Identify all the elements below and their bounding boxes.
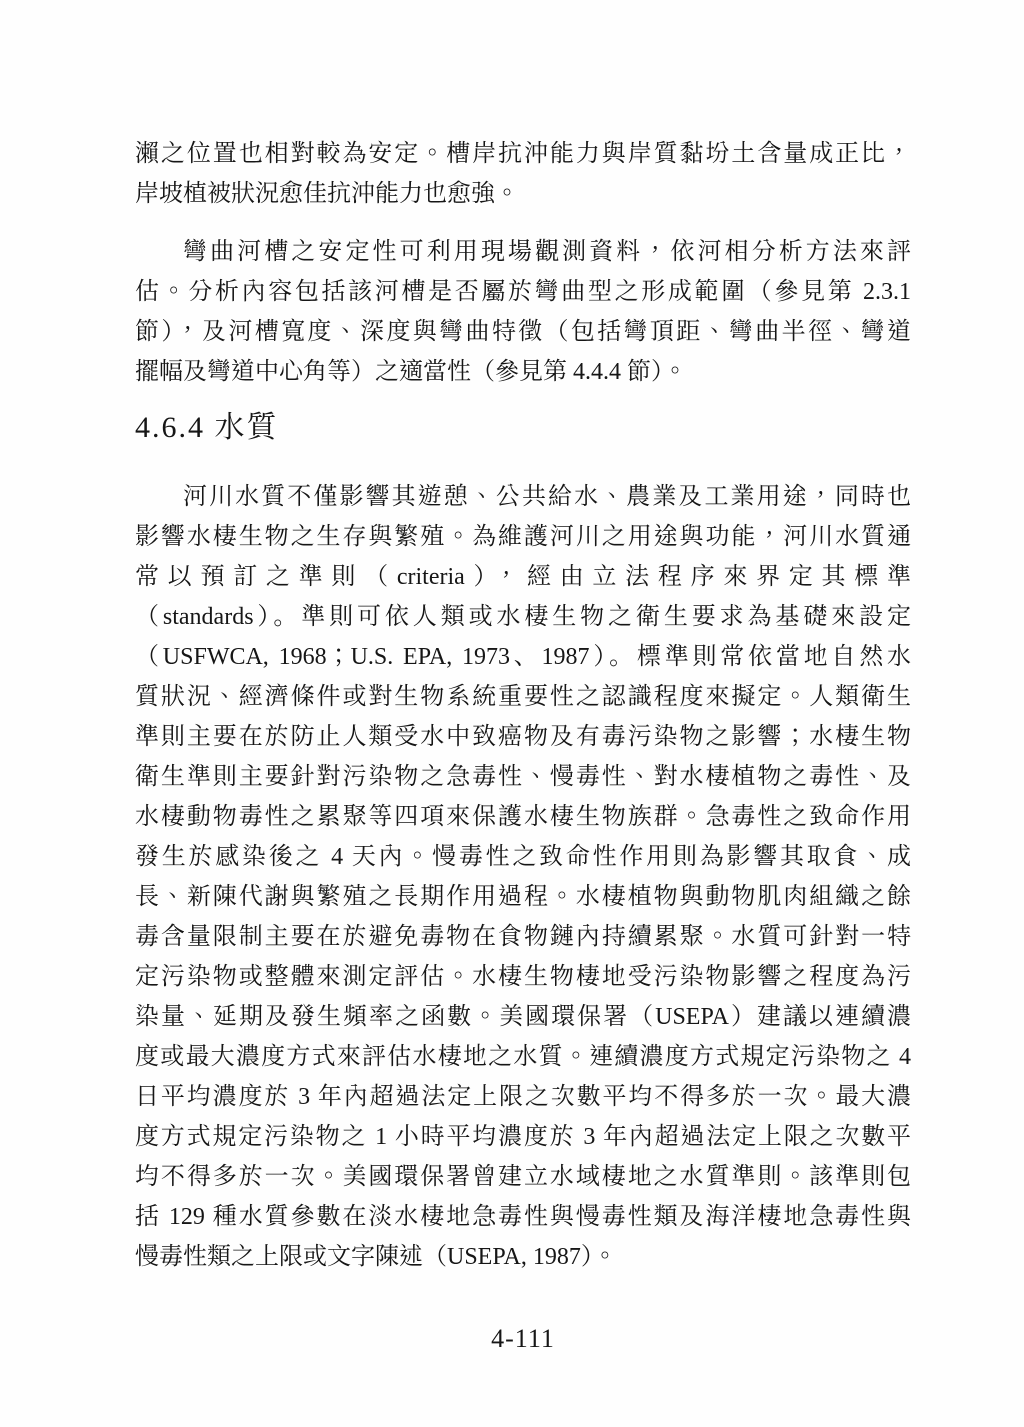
text-line: 括 129 種水質參數在淡水棲地急毒性與慢毒性類及海洋棲地急毒性與 [135, 1197, 911, 1237]
text-line: （USFWCA, 1968；U.S. EPA, 1973、1987）。標準則常依… [135, 637, 911, 677]
text-line: 度或最大濃度方式來評估水棲地之水質。連續濃度方式規定污染物之 4 [135, 1037, 911, 1077]
paragraph: 彎曲河槽之安定性可利用現場觀測資料，依河相分析方法來評估。分析內容包括該河槽是否… [135, 232, 911, 392]
text-line: 均不得多於一次。美國環保署曾建立水域棲地之水質準則。該準則包 [135, 1157, 911, 1197]
section-heading: 4.6.4 水質 [135, 406, 911, 450]
text-block: 瀨之位置也相對較為安定。槽岸抗沖能力與岸質黏坋土含量成正比，岸坡植被狀況愈佳抗沖… [135, 134, 911, 1277]
text-line: 水棲動物毒性之累聚等四項來保護水棲生物族群。急毒性之致命作用 [135, 797, 911, 837]
text-line: 日平均濃度於 3 年內超過法定上限之次數平均不得多於一次。最大濃 [135, 1077, 911, 1117]
paragraph: 河川水質不僅影響其遊憩、公共給水、農業及工業用途，同時也影響水棲生物之生存與繁殖… [135, 477, 911, 1277]
text-line: 河川水質不僅影響其遊憩、公共給水、農業及工業用途，同時也 [135, 477, 911, 517]
text-line: 瀨之位置也相對較為安定。槽岸抗沖能力與岸質黏坋土含量成正比， [135, 134, 911, 174]
text-line: 慢毒性類之上限或文字陳述（USEPA, 1987）。 [135, 1237, 911, 1277]
page-number: 4-111 [135, 1322, 911, 1356]
text-line: 準則主要在於防止人類受水中致癌物及有毒污染物之影響；水棲生物 [135, 717, 911, 757]
text-line: 長、新陳代謝與繁殖之長期作用過程。水棲植物與動物肌肉組織之餘 [135, 877, 911, 917]
text-line: 發生於感染後之 4 天內。慢毒性之致命性作用則為影響其取食、成 [135, 837, 911, 877]
text-line: 毒含量限制主要在於避免毒物在食物鏈內持續累聚。水質可針對一特 [135, 917, 911, 957]
text-line: 擺幅及彎道中心角等）之適當性（參見第 4.4.4 節）。 [135, 352, 911, 392]
paragraph: 瀨之位置也相對較為安定。槽岸抗沖能力與岸質黏坋土含量成正比，岸坡植被狀況愈佳抗沖… [135, 134, 911, 214]
text-line: 彎曲河槽之安定性可利用現場觀測資料，依河相分析方法來評 [135, 232, 911, 272]
text-line: 常以預訂之準則（criteria），經由立法程序來界定其標準 [135, 557, 911, 597]
text-line: 定污染物或整體來測定評估。水棲生物棲地受污染物影響之程度為污 [135, 957, 911, 997]
text-line: 衛生準則主要針對污染物之急毒性、慢毒性、對水棲植物之毒性、及 [135, 757, 911, 797]
text-line: 質狀況、經濟條件或對生物系統重要性之認識程度來擬定。人類衛生 [135, 677, 911, 717]
text-line: 染量、延期及發生頻率之函數。美國環保署（USEPA）建議以連續濃 [135, 997, 911, 1037]
text-line: 節），及河槽寬度、深度與彎曲特徵（包括彎頂距、彎曲半徑、彎道 [135, 312, 911, 352]
text-line: （standards）。準則可依人類或水棲生物之衛生要求為基礎來設定 [135, 597, 911, 637]
text-line: 估。分析內容包括該河槽是否屬於彎曲型之形成範圍（參見第 2.3.1 [135, 272, 911, 312]
text-line: 岸坡植被狀況愈佳抗沖能力也愈強。 [135, 174, 911, 214]
document-page: 瀨之位置也相對較為安定。槽岸抗沖能力與岸質黏坋土含量成正比，岸坡植被狀況愈佳抗沖… [0, 0, 1024, 1427]
text-line: 影響水棲生物之生存與繁殖。為維護河川之用途與功能，河川水質通 [135, 517, 911, 557]
text-line: 度方式規定污染物之 1 小時平均濃度於 3 年內超過法定上限之次數平 [135, 1117, 911, 1157]
